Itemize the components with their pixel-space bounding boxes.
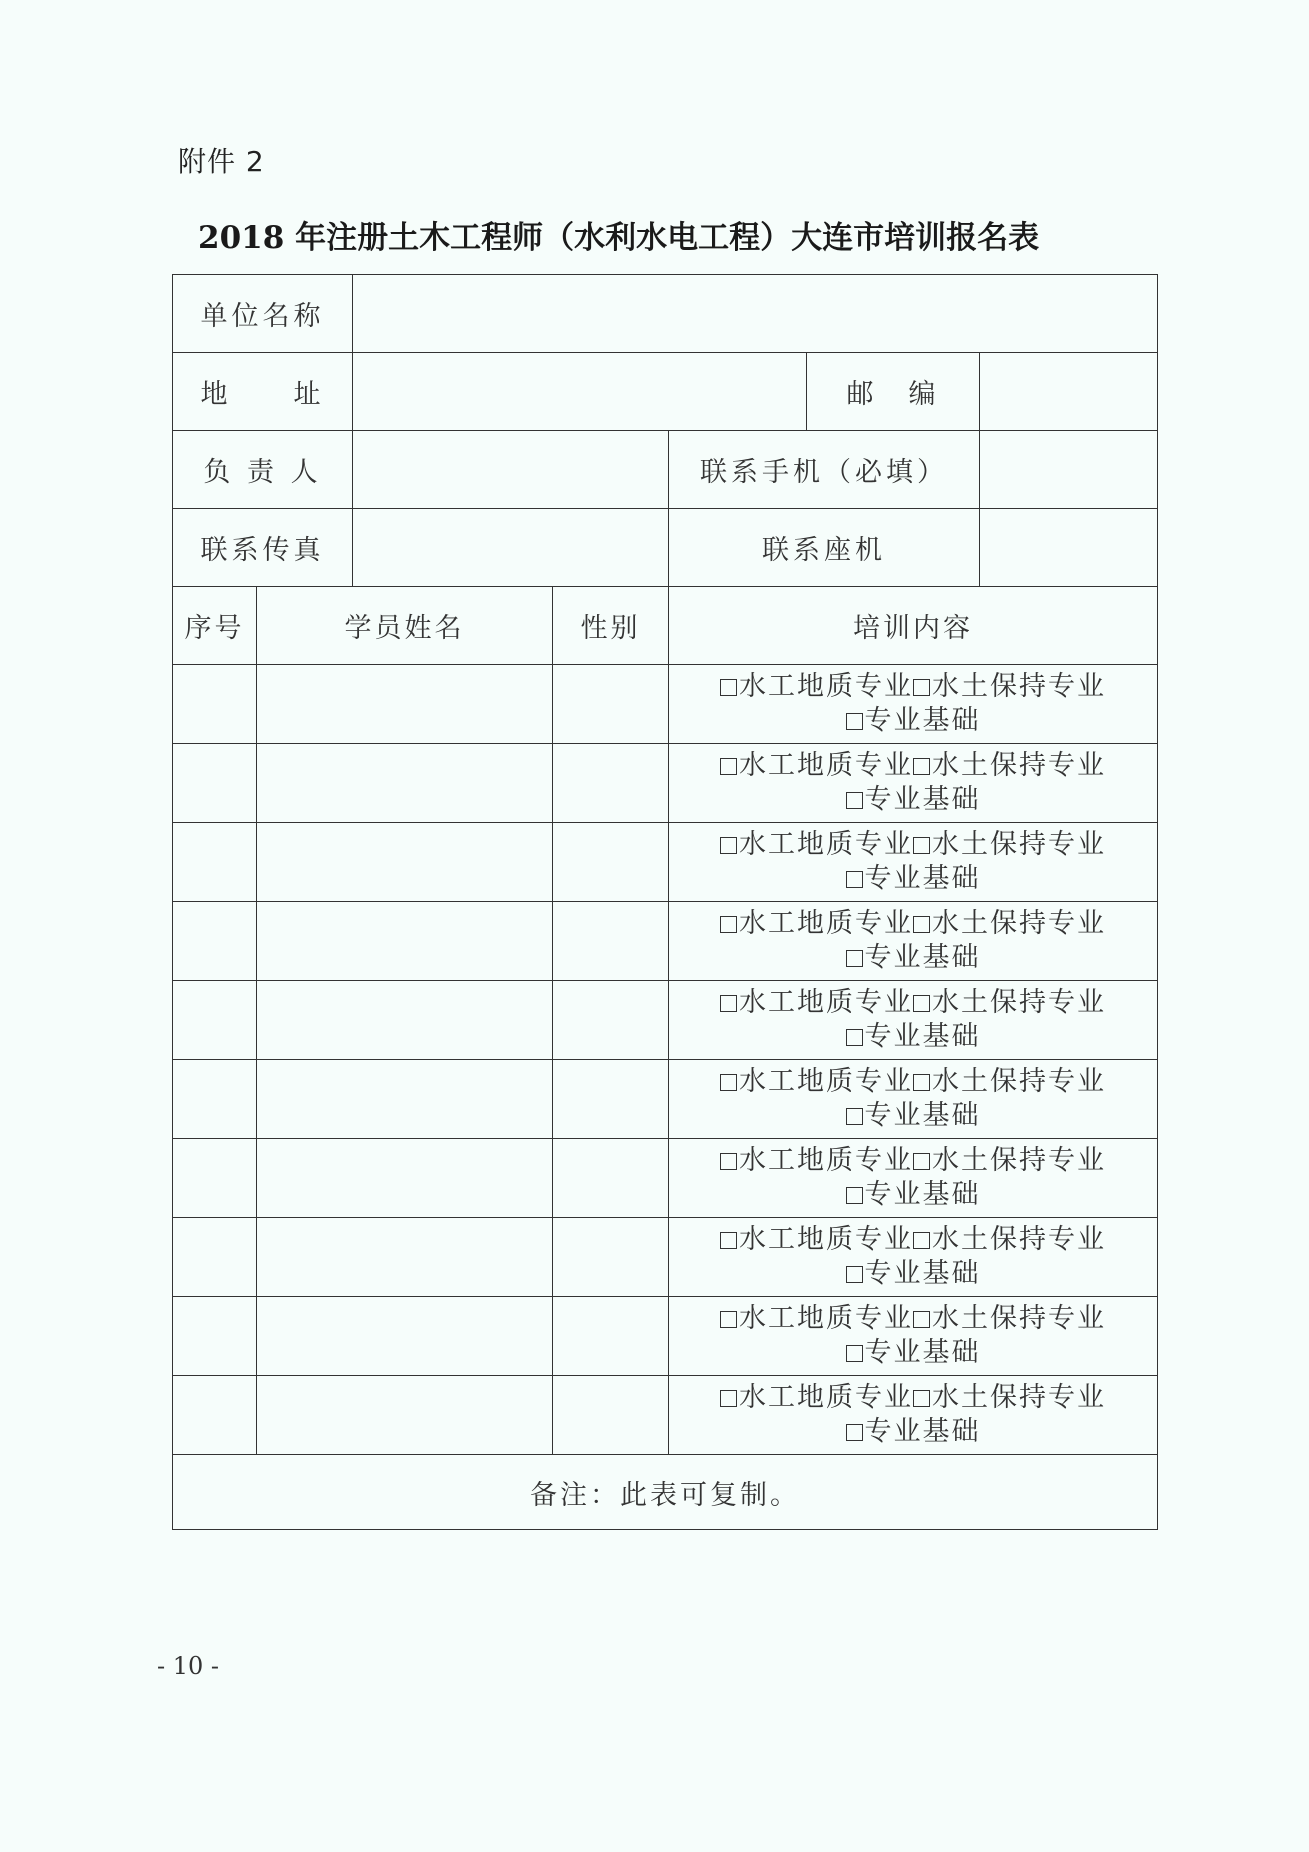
trainee-row: 水工地质专业水土保持专业 专业基础 (173, 1376, 1158, 1455)
option-label: 专业基础 (865, 863, 981, 894)
name-cell[interactable] (257, 1139, 553, 1218)
mobile-label: 联系手机（必填） (669, 431, 980, 509)
checkbox-soil-conservation[interactable] (913, 1074, 930, 1091)
checkbox-geology[interactable] (720, 916, 737, 933)
checkbox-soil-conservation[interactable] (913, 679, 930, 696)
index-cell[interactable] (173, 1297, 257, 1376)
trainee-row: 水工地质专业水土保持专业 专业基础 (173, 1297, 1158, 1376)
option-label: 水工地质专业 (739, 750, 913, 781)
option-label: 专业基础 (865, 1179, 981, 1210)
address-row: 地 址 邮 编 (173, 353, 1158, 431)
trainee-row: 水工地质专业水土保持专业 专业基础 (173, 902, 1158, 981)
trainee-row: 水工地质专业水土保持专业 专业基础 (173, 981, 1158, 1060)
option-label: 水工地质专业 (739, 1303, 913, 1334)
option-label: 水土保持专业 (932, 1224, 1106, 1255)
option-label: 水土保持专业 (932, 1303, 1106, 1334)
checkbox-soil-conservation[interactable] (913, 1311, 930, 1328)
name-cell[interactable] (257, 744, 553, 823)
postcode-field[interactable] (980, 353, 1158, 431)
checkbox-geology[interactable] (720, 995, 737, 1012)
option-label: 水工地质专业 (739, 1382, 913, 1413)
gender-cell[interactable] (553, 902, 669, 981)
option-label: 水土保持专业 (932, 987, 1106, 1018)
checkbox-geology[interactable] (720, 837, 737, 854)
checkbox-soil-conservation[interactable] (913, 1232, 930, 1249)
name-cell[interactable] (257, 665, 553, 744)
gender-cell[interactable] (553, 1297, 669, 1376)
note-row: 备注：此表可复制。 (173, 1455, 1158, 1530)
training-content-cell: 水工地质专业水土保持专业 专业基础 (669, 1139, 1158, 1218)
option-label: 专业基础 (865, 1337, 981, 1368)
trainee-row: 水工地质专业水土保持专业 专业基础 (173, 1060, 1158, 1139)
option-label: 专业基础 (865, 705, 981, 736)
gender-cell[interactable] (553, 1060, 669, 1139)
index-cell[interactable] (173, 823, 257, 902)
name-cell[interactable] (257, 902, 553, 981)
name-cell[interactable] (257, 1060, 553, 1139)
option-label: 水工地质专业 (739, 829, 913, 860)
attachment-label: 附件 2 (178, 140, 265, 180)
checkbox-fundamentals[interactable] (846, 871, 863, 888)
trainee-row: 水工地质专业水土保持专业 专业基础 (173, 1139, 1158, 1218)
postcode-label: 邮 编 (807, 353, 980, 431)
training-content-cell: 水工地质专业水土保持专业 专业基础 (669, 1297, 1158, 1376)
trainee-row: 水工地质专业水土保持专业 专业基础 (173, 744, 1158, 823)
index-cell[interactable] (173, 902, 257, 981)
option-label: 水工地质专业 (739, 908, 913, 939)
index-cell[interactable] (173, 744, 257, 823)
checkbox-fundamentals[interactable] (846, 1187, 863, 1204)
checkbox-soil-conservation[interactable] (913, 995, 930, 1012)
option-label: 水土保持专业 (932, 671, 1106, 702)
registration-form-table: 单位名称 地 址 邮 编 负 责 人 联系手机（必填） 联系传真 联系座机 序号… (172, 274, 1158, 1530)
col-header-training-content: 培训内容 (669, 587, 1158, 665)
col-header-name: 学员姓名 (257, 587, 553, 665)
training-content-cell: 水工地质专业水土保持专业 专业基础 (669, 981, 1158, 1060)
checkbox-fundamentals[interactable] (846, 792, 863, 809)
gender-cell[interactable] (553, 981, 669, 1060)
index-cell[interactable] (173, 981, 257, 1060)
gender-cell[interactable] (553, 1218, 669, 1297)
checkbox-fundamentals[interactable] (846, 1108, 863, 1125)
name-cell[interactable] (257, 1218, 553, 1297)
contact-person-field[interactable] (353, 431, 669, 509)
gender-cell[interactable] (553, 1376, 669, 1455)
form-title: 2018 年注册土木工程师（水利水电工程）大连市培训报名表 (198, 212, 1158, 257)
page-number: - 10 - (157, 1652, 219, 1680)
option-label: 专业基础 (865, 942, 981, 973)
gender-cell[interactable] (553, 665, 669, 744)
contact-person-label: 负 责 人 (173, 431, 353, 509)
address-label: 地 址 (173, 353, 353, 431)
checkbox-fundamentals[interactable] (846, 1266, 863, 1283)
option-label: 水土保持专业 (932, 1066, 1106, 1097)
option-label: 水土保持专业 (932, 1382, 1106, 1413)
checkbox-soil-conservation[interactable] (913, 916, 930, 933)
index-cell[interactable] (173, 1139, 257, 1218)
index-cell[interactable] (173, 1376, 257, 1455)
checkbox-geology[interactable] (720, 1153, 737, 1170)
checkbox-fundamentals[interactable] (846, 1345, 863, 1362)
name-cell[interactable] (257, 981, 553, 1060)
option-label: 水土保持专业 (932, 829, 1106, 860)
checkbox-fundamentals[interactable] (846, 950, 863, 967)
checkbox-fundamentals[interactable] (846, 713, 863, 730)
checkbox-geology[interactable] (720, 1074, 737, 1091)
option-label: 水工地质专业 (739, 1145, 913, 1176)
unit-name-row: 单位名称 (173, 275, 1158, 353)
note-text: 备注：此表可复制。 (173, 1455, 1158, 1530)
name-cell[interactable] (257, 823, 553, 902)
checkbox-fundamentals[interactable] (846, 1424, 863, 1441)
option-label: 水工地质专业 (739, 1066, 913, 1097)
name-cell[interactable] (257, 1297, 553, 1376)
mobile-field[interactable] (980, 431, 1158, 509)
checkbox-soil-conservation[interactable] (913, 837, 930, 854)
option-label: 专业基础 (865, 784, 981, 815)
training-content-cell: 水工地质专业水土保持专业 专业基础 (669, 1376, 1158, 1455)
option-label: 专业基础 (865, 1021, 981, 1052)
option-label: 水工地质专业 (739, 671, 913, 702)
training-content-cell: 水工地质专业水土保持专业 专业基础 (669, 665, 1158, 744)
col-header-index: 序号 (173, 587, 257, 665)
checkbox-geology[interactable] (720, 758, 737, 775)
unit-name-label: 单位名称 (173, 275, 353, 353)
name-cell[interactable] (257, 1376, 553, 1455)
trainee-row: 水工地质专业水土保持专业 专业基础 (173, 1218, 1158, 1297)
checkbox-geology[interactable] (720, 1390, 737, 1407)
fax-label: 联系传真 (173, 509, 353, 587)
checkbox-soil-conservation[interactable] (913, 758, 930, 775)
address-field[interactable] (353, 353, 807, 431)
checkbox-geology[interactable] (720, 1232, 737, 1249)
trainee-header-row: 序号 学员姓名 性别 培训内容 (173, 587, 1158, 665)
training-content-cell: 水工地质专业水土保持专业 专业基础 (669, 1218, 1158, 1297)
checkbox-soil-conservation[interactable] (913, 1153, 930, 1170)
unit-name-field[interactable] (353, 275, 1158, 353)
contact-person-row: 负 责 人 联系手机（必填） (173, 431, 1158, 509)
training-content-cell: 水工地质专业水土保持专业 专业基础 (669, 902, 1158, 981)
training-content-cell: 水工地质专业水土保持专业 专业基础 (669, 1060, 1158, 1139)
trainee-row: 水工地质专业水土保持专业 专业基础 (173, 823, 1158, 902)
checkbox-fundamentals[interactable] (846, 1029, 863, 1046)
index-cell[interactable] (173, 665, 257, 744)
training-content-cell: 水工地质专业水土保持专业 专业基础 (669, 823, 1158, 902)
trainee-row: 水工地质专业水土保持专业 专业基础 (173, 665, 1158, 744)
fax-row: 联系传真 联系座机 (173, 509, 1158, 587)
option-label: 专业基础 (865, 1416, 981, 1447)
landline-field[interactable] (980, 509, 1158, 587)
option-label: 水土保持专业 (932, 1145, 1106, 1176)
fax-field[interactable] (353, 509, 669, 587)
checkbox-geology[interactable] (720, 679, 737, 696)
option-label: 水工地质专业 (739, 1224, 913, 1255)
landline-label: 联系座机 (669, 509, 980, 587)
option-label: 专业基础 (865, 1100, 981, 1131)
option-label: 专业基础 (865, 1258, 981, 1289)
index-cell[interactable] (173, 1218, 257, 1297)
gender-cell[interactable] (553, 744, 669, 823)
training-content-cell: 水工地质专业水土保持专业 专业基础 (669, 744, 1158, 823)
option-label: 水工地质专业 (739, 987, 913, 1018)
option-label: 水土保持专业 (932, 908, 1106, 939)
gender-cell[interactable] (553, 823, 669, 902)
checkbox-geology[interactable] (720, 1311, 737, 1328)
gender-cell[interactable] (553, 1139, 669, 1218)
index-cell[interactable] (173, 1060, 257, 1139)
option-label: 水土保持专业 (932, 750, 1106, 781)
checkbox-soil-conservation[interactable] (913, 1390, 930, 1407)
col-header-gender: 性别 (553, 587, 669, 665)
